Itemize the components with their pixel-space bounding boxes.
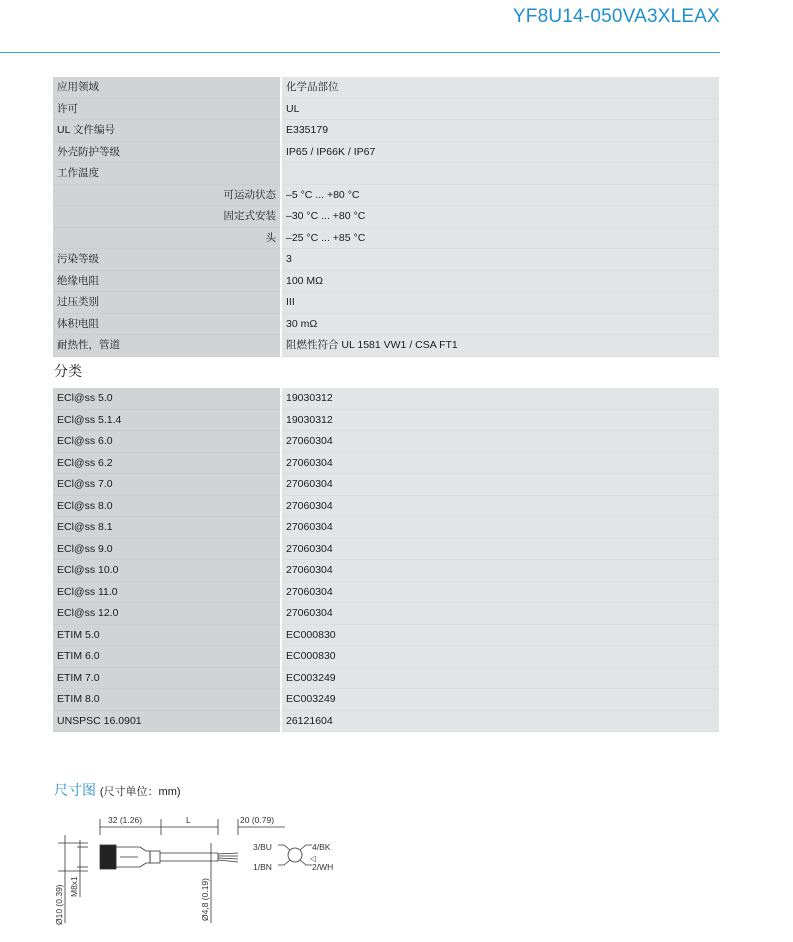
spec-value: 100 MΩ bbox=[282, 271, 719, 293]
spec-key: 头 bbox=[53, 228, 280, 250]
classification-value: EC003249 bbox=[282, 689, 719, 711]
spec-key: 外壳防护等级 bbox=[53, 142, 280, 164]
spec-row: UL 文件编号E335179 bbox=[53, 120, 719, 142]
spec-value: III bbox=[282, 292, 719, 314]
classification-key: ETIM 6.0 bbox=[53, 646, 280, 668]
classification-key: ECl@ss 5.0 bbox=[53, 388, 280, 410]
classification-heading: 分类 bbox=[54, 361, 82, 381]
pin-4-label: 4/BK bbox=[312, 842, 331, 852]
classification-key: ETIM 7.0 bbox=[53, 668, 280, 690]
classification-value: 27060304 bbox=[282, 517, 719, 539]
classification-value: EC000830 bbox=[282, 646, 719, 668]
spec-value: 阻燃性符合 UL 1581 VW1 / CSA FT1 bbox=[282, 335, 719, 357]
classification-value: 27060304 bbox=[282, 603, 719, 625]
classification-row: ECl@ss 5.019030312 bbox=[53, 388, 719, 410]
classification-row: UNSPSC 16.090126121604 bbox=[53, 711, 719, 733]
classification-row: ETIM 6.0EC000830 bbox=[53, 646, 719, 668]
spec-value: –30 °C ... +80 °C bbox=[282, 206, 719, 228]
spec-key: 固定式安装 bbox=[53, 206, 280, 228]
dim-head-length: 32 (1.26) bbox=[108, 815, 142, 825]
classification-row: ECl@ss 12.027060304 bbox=[53, 603, 719, 625]
classification-row: ECl@ss 11.027060304 bbox=[53, 582, 719, 604]
spec-key: 可运动状态 bbox=[53, 185, 280, 207]
spec-row: 外壳防护等级IP65 / IP66K / IP67 bbox=[53, 142, 719, 164]
classification-key: ECl@ss 7.0 bbox=[53, 474, 280, 496]
classification-value: 19030312 bbox=[282, 388, 719, 410]
classification-value: 27060304 bbox=[282, 560, 719, 582]
dimension-title: 尺寸图 bbox=[54, 782, 96, 798]
spec-key: 许可 bbox=[53, 99, 280, 121]
classification-key: ECl@ss 6.0 bbox=[53, 431, 280, 453]
spec-key: 耐热性，管道 bbox=[53, 335, 280, 357]
pin-1-label: 1/BN bbox=[253, 862, 272, 872]
classification-key: ECl@ss 8.1 bbox=[53, 517, 280, 539]
classification-row: ETIM 8.0EC003249 bbox=[53, 689, 719, 711]
pin-3-label: 3/BU bbox=[253, 842, 272, 852]
classification-row: ECl@ss 5.1.419030312 bbox=[53, 410, 719, 432]
specs-table: 应用领域化学品部位许可ULUL 文件编号E335179外壳防护等级IP65 / … bbox=[53, 77, 719, 357]
dim-strip-length: 20 (0.79) bbox=[240, 815, 274, 825]
spec-key: 污染等级 bbox=[53, 249, 280, 271]
spec-row: 可运动状态–5 °C ... +80 °C bbox=[53, 185, 719, 207]
pin-2-label: 2/WH bbox=[312, 862, 333, 872]
spec-key: 体积电阻 bbox=[53, 314, 280, 336]
dim-cable-length: L bbox=[186, 815, 191, 825]
spec-row: 许可UL bbox=[53, 99, 719, 121]
spec-key: 应用领域 bbox=[53, 77, 280, 99]
header-divider bbox=[0, 52, 720, 53]
dim-head-diameter: Ø10 (0.39) bbox=[54, 884, 64, 925]
classification-key: ECl@ss 8.0 bbox=[53, 496, 280, 518]
classification-row: ECl@ss 6.227060304 bbox=[53, 453, 719, 475]
classification-value: 26121604 bbox=[282, 711, 719, 733]
classification-value: 27060304 bbox=[282, 431, 719, 453]
classification-row: ETIM 5.0EC000830 bbox=[53, 625, 719, 647]
product-code-title: YF8U14-050VA3XLEAX bbox=[513, 6, 720, 28]
spec-value: E335179 bbox=[282, 120, 719, 142]
dimension-drawing-heading: 尺寸图 (尺寸单位：mm) bbox=[54, 780, 181, 800]
spec-key: 绝缘电阻 bbox=[53, 271, 280, 293]
spec-key: 工作温度 bbox=[53, 163, 280, 185]
spec-value: 30 mΩ bbox=[282, 314, 719, 336]
classification-key: ECl@ss 5.1.4 bbox=[53, 410, 280, 432]
classification-key: ECl@ss 11.0 bbox=[53, 582, 280, 604]
classification-row: ECl@ss 9.027060304 bbox=[53, 539, 719, 561]
classification-row: ETIM 7.0EC003249 bbox=[53, 668, 719, 690]
classification-row: ECl@ss 6.027060304 bbox=[53, 431, 719, 453]
dimension-unit-note: (尺寸单位：mm) bbox=[100, 786, 181, 798]
classification-value: 27060304 bbox=[282, 453, 719, 475]
classification-value: 27060304 bbox=[282, 539, 719, 561]
spec-row: 过压类别III bbox=[53, 292, 719, 314]
coding-arrow-icon: ◁ bbox=[309, 854, 316, 863]
spec-row: 体积电阻30 mΩ bbox=[53, 314, 719, 336]
spec-value: –5 °C ... +80 °C bbox=[282, 185, 719, 207]
spec-value: –25 °C ... +85 °C bbox=[282, 228, 719, 250]
spec-row: 污染等级3 bbox=[53, 249, 719, 271]
spec-row: 应用领域化学品部位 bbox=[53, 77, 719, 99]
spec-value: IP65 / IP66K / IP67 bbox=[282, 142, 719, 164]
classification-key: ECl@ss 6.2 bbox=[53, 453, 280, 475]
classification-key: ECl@ss 10.0 bbox=[53, 560, 280, 582]
classification-row: ECl@ss 8.127060304 bbox=[53, 517, 719, 539]
spec-row: 绝缘电阻100 MΩ bbox=[53, 271, 719, 293]
dimension-drawing: 32 (1.26) L 20 (0.79) Ø10 (0.39) M8x1 Ø4… bbox=[40, 805, 360, 935]
classification-key: ECl@ss 12.0 bbox=[53, 603, 280, 625]
spec-value: 化学品部位 bbox=[282, 77, 719, 99]
spec-row: 头–25 °C ... +85 °C bbox=[53, 228, 719, 250]
classification-key: ETIM 5.0 bbox=[53, 625, 280, 647]
spec-value: 3 bbox=[282, 249, 719, 271]
classification-row: ECl@ss 7.027060304 bbox=[53, 474, 719, 496]
classification-row: ECl@ss 8.027060304 bbox=[53, 496, 719, 518]
classification-value: 27060304 bbox=[282, 474, 719, 496]
dim-cable-diameter: Ø4,8 (0.19) bbox=[200, 878, 210, 921]
spec-row: 耐热性，管道阻燃性符合 UL 1581 VW1 / CSA FT1 bbox=[53, 335, 719, 357]
classification-table: ECl@ss 5.019030312ECl@ss 5.1.419030312EC… bbox=[53, 388, 719, 732]
classification-value: EC000830 bbox=[282, 625, 719, 647]
spec-key: 过压类别 bbox=[53, 292, 280, 314]
classification-key: ECl@ss 9.0 bbox=[53, 539, 280, 561]
classification-row: ECl@ss 10.027060304 bbox=[53, 560, 719, 582]
classification-key: UNSPSC 16.0901 bbox=[53, 711, 280, 733]
classification-value: 19030312 bbox=[282, 410, 719, 432]
spec-row: 固定式安装–30 °C ... +80 °C bbox=[53, 206, 719, 228]
classification-value: EC003249 bbox=[282, 668, 719, 690]
classification-value: 27060304 bbox=[282, 496, 719, 518]
classification-key: ETIM 8.0 bbox=[53, 689, 280, 711]
classification-value: 27060304 bbox=[282, 582, 719, 604]
spec-value: UL bbox=[282, 99, 719, 121]
spec-row: 工作温度 bbox=[53, 163, 719, 185]
spec-key: UL 文件编号 bbox=[53, 120, 280, 142]
spec-value bbox=[282, 163, 719, 185]
dim-thread: M8x1 bbox=[69, 876, 79, 897]
